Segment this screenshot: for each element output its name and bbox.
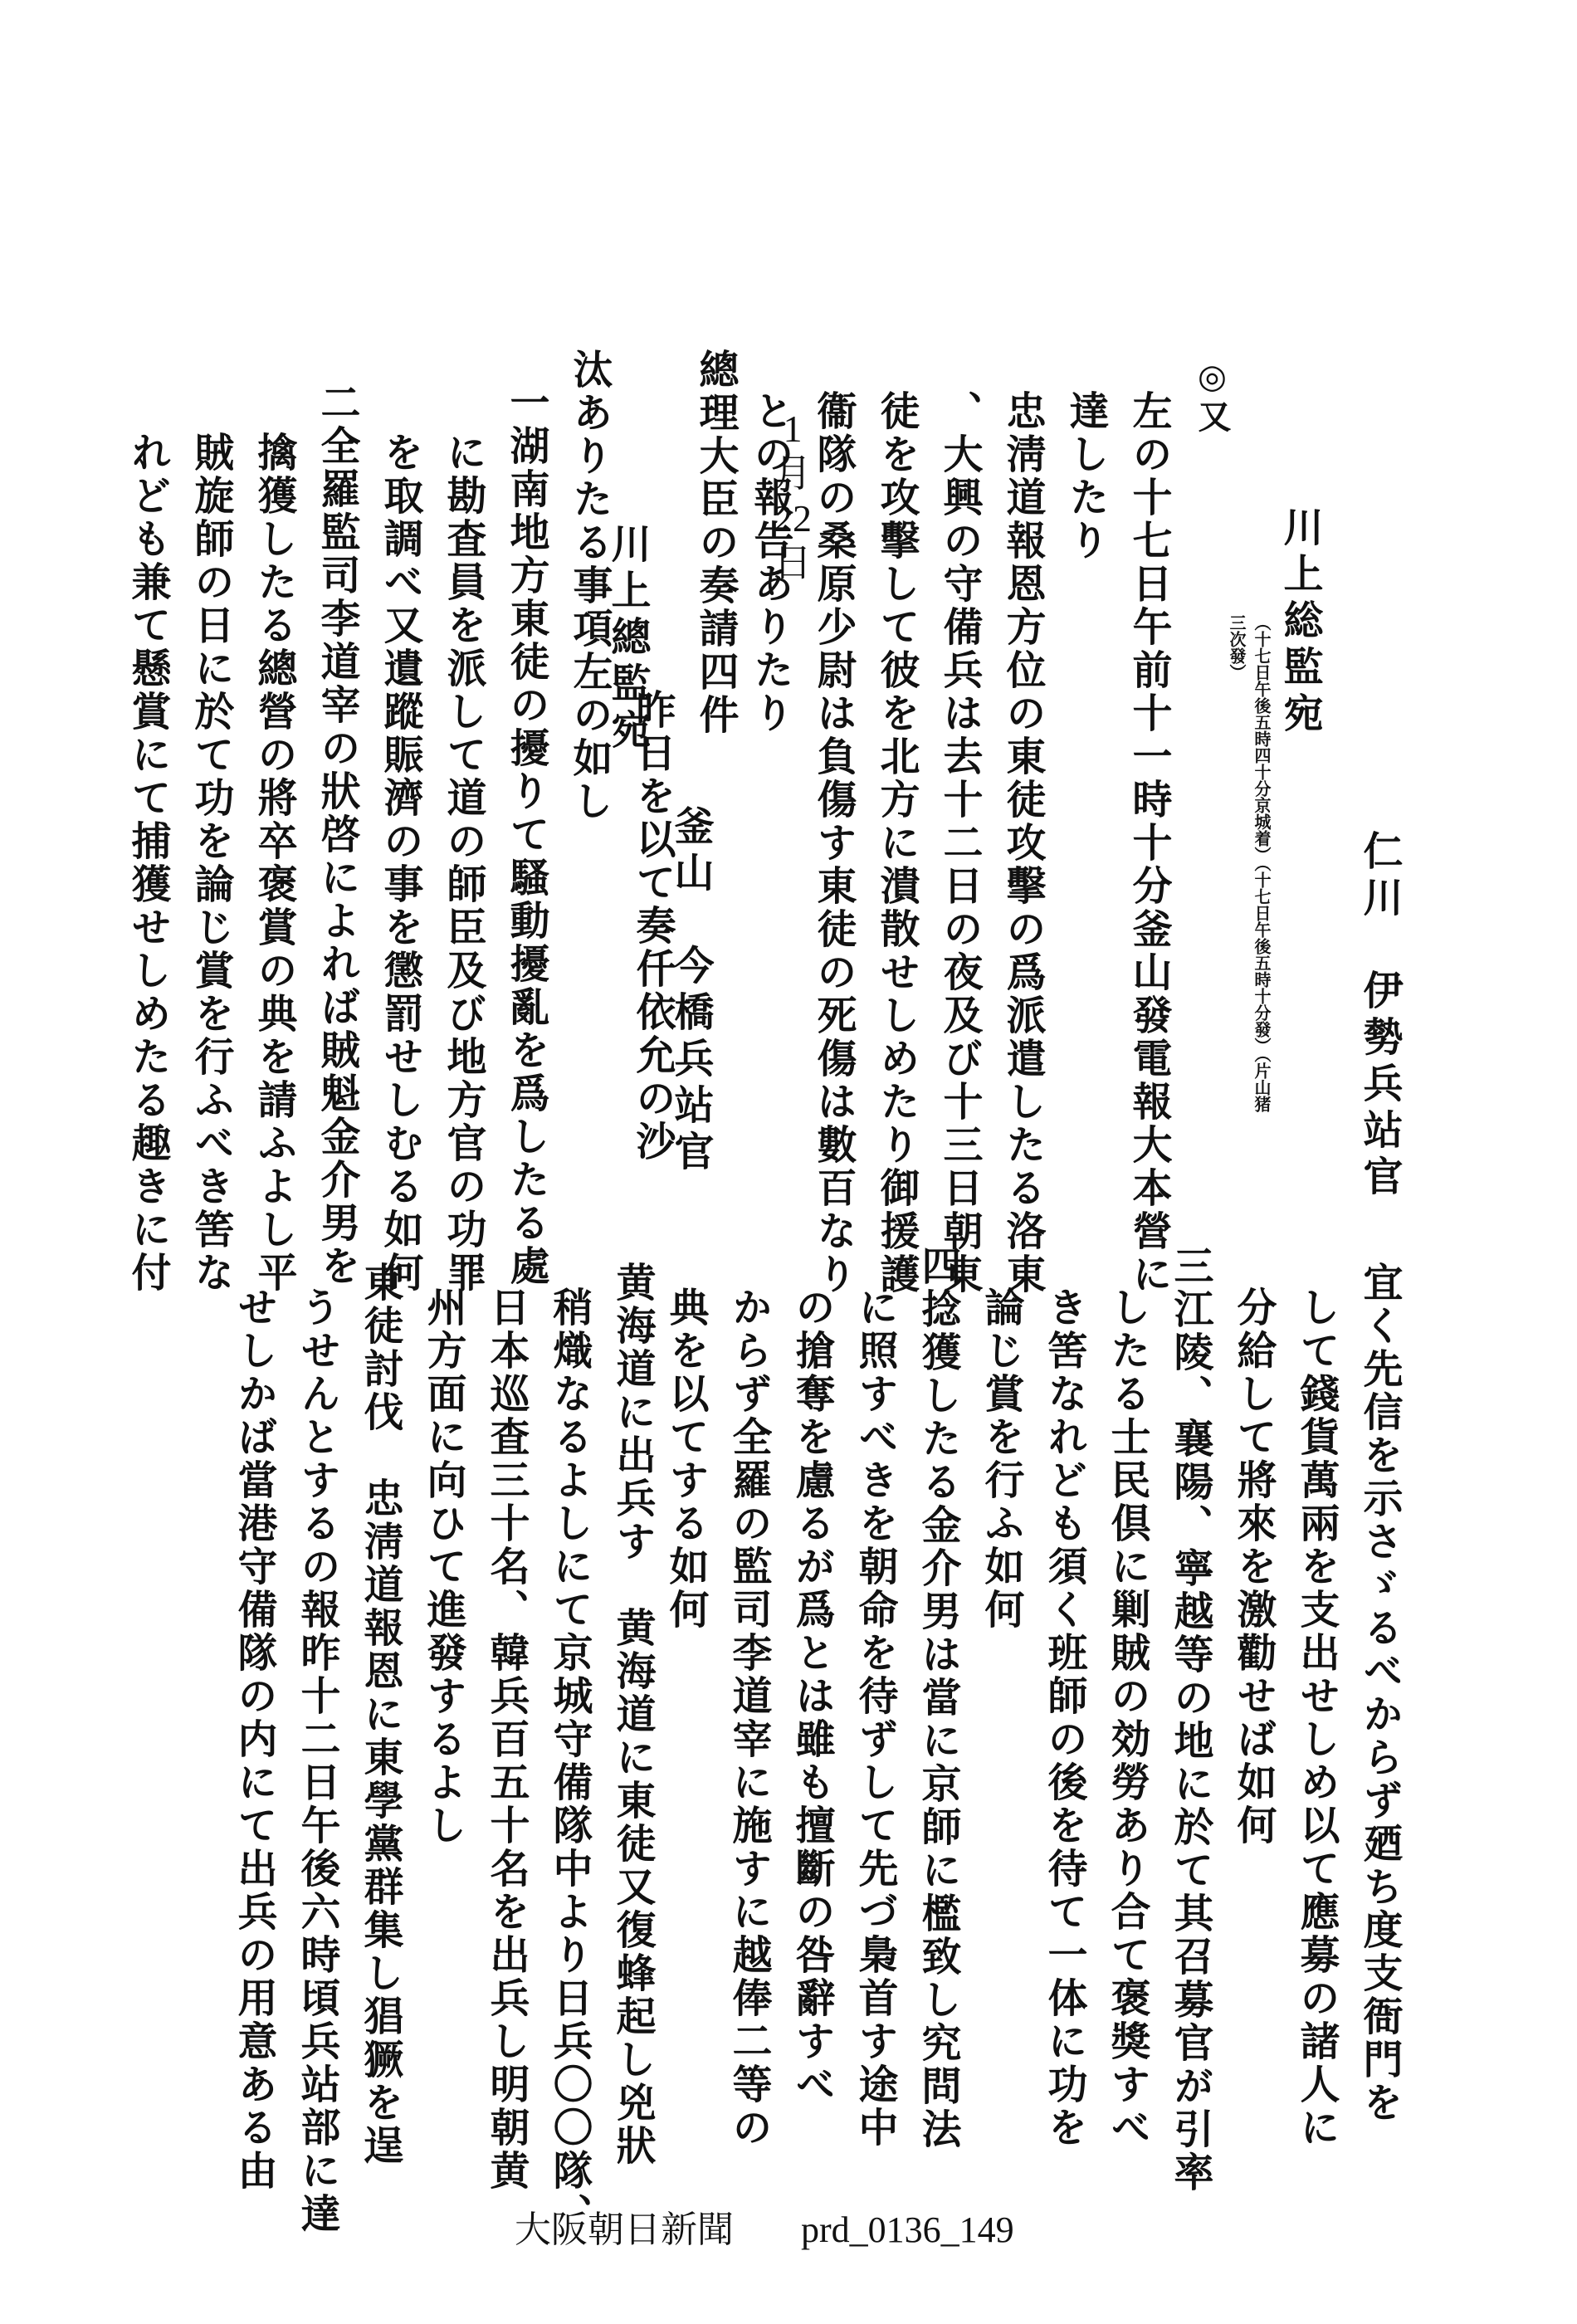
- article-column-4: 、大興の守備兵は去十二日の夜及び十三日朝東: [928, 340, 991, 1129]
- section-yellow-sea-column-3: 日本巡査三十名、韓兵百五十名を出兵し明朝黄: [475, 1245, 538, 2042]
- article-column-3: 分給して將來を激勸せば如何: [1222, 1245, 1285, 2042]
- article-column-5: 徒を攻擊して彼を北方に潰散せしめたり御援護: [865, 340, 928, 1129]
- article-column-6: 二全羅監司李道宰の狀啓によれば賊魁金介男を: [305, 332, 369, 1129]
- article-column-7: 擒獲したる總營の將卒褒賞の典を請ふよし平: [242, 332, 305, 1129]
- page-footer: 大阪朝日新聞 prd_0136_149: [515, 2199, 1014, 2253]
- article-column-4: に勘査員を派して道の師臣及び地方官の功罪: [432, 332, 495, 1129]
- article-column-2: して錢貨萬兩を支出せしめ以て應募の諸人に: [1285, 1245, 1348, 2042]
- article-column-3: 一湖南地方東徒の擾りて騷動擾亂を爲したる處: [495, 332, 558, 1129]
- section-yellow-sea-column-1: 黄海道に出兵す 黄海道に東徒又復蜂起し兇狀: [601, 1245, 664, 2042]
- article-column-10: の搶奪を慮るが爲とは雖も擅斷の咎辭すべ: [780, 1245, 843, 2042]
- article-title: 總理大臣の奏請四件: [684, 332, 747, 1129]
- heading-mark: ◎又: [1180, 340, 1243, 456]
- date-month-unit: 月: [768, 452, 818, 496]
- article-column-2: 汰ありたる事項左の如し: [558, 332, 621, 1129]
- section-tonghak-column-2: うせんとするの報昨十二日午後六時頃兵站部に達: [286, 1245, 349, 2042]
- article-column-11: からず全羅の監司李道宰に施すに越俸二等の: [717, 1245, 780, 2042]
- page-id: prd_0136_149: [801, 2209, 1014, 2250]
- telegram-note: （十七日午後五時四十分京城着）（十七日午後五時十分發）（片山猪三次發）: [1224, 614, 1274, 1112]
- article-column-5: を取調べ又遺蹤賑濟の事を懲罰せしむる如何: [369, 332, 432, 1129]
- article-column-1: 昨日を以て奏仟依允の沙: [621, 332, 684, 1129]
- section-yellow-sea-column-2: 稍熾なるよしにて京城守備隊中より日兵〇〇隊、: [538, 1245, 601, 2042]
- date-label: 1 月 22 日: [768, 407, 818, 586]
- section-tonghak-column-3: せしかば當港守備隊の内にて出兵の用意ある由: [222, 1245, 286, 2042]
- article-column-8: 賊旋師の日に於て功を論じ賞を行ふべき筈な: [179, 332, 242, 1129]
- article-column-8: 四捻獲したる金介男は當に京師に檻致し究問法: [906, 1245, 969, 2042]
- recipient-kawakami: 川上総監宛: [1268, 340, 1331, 1129]
- article-column-3: 忠淸道報恩方位の東徒攻擊の爲派遣したる洛東: [991, 340, 1054, 1129]
- newspaper-name: 大阪朝日新聞: [515, 2209, 734, 2250]
- article-column-4: 三江陵、襄陽、寧越等の地に於て其召募官が引率: [1159, 1245, 1222, 2042]
- article-column-1: 宜く先信を示さゞるべからず廼ち度支衙門を: [1348, 1245, 1411, 2042]
- section-tonghak-column-1: 東徒討伐 忠淸道報恩に東學黨群集し猖獗を逞: [349, 1245, 412, 2042]
- spacer: [1331, 340, 1348, 1129]
- article-column-6: き筈なれども須く班師の後を待て一体に功を: [1033, 1245, 1096, 2042]
- date-day-unit: 日: [768, 541, 818, 586]
- date-day: 22: [768, 496, 818, 541]
- date-month: 1: [768, 407, 818, 452]
- bottom-right-article: 宜く先信を示さゞるべからず廼ち度支衙門を して錢貨萬兩を支出せしめ以て應募の諸人…: [654, 1245, 1411, 2042]
- article-column-9: れども兼て懸賞にて捕獲せしめたる趣きに付: [116, 332, 179, 1129]
- sender-incheon: 仁川 伊勢兵站官: [1348, 340, 1411, 1129]
- article-column-9: に照すべきを朝命を待ずして先づ梟首す途中: [843, 1245, 906, 2042]
- article-column-5: したる士民倶に剿賊の効勞あり合て褒獎すべ: [1096, 1245, 1159, 2042]
- article-column-7: 論じ賞を行ふ如何: [969, 1245, 1033, 2042]
- article-column-2: 達したり: [1054, 340, 1117, 1129]
- bottom-left-article: 黄海道に出兵す 黄海道に東徒又復蜂起し兇狀 稍熾なるよしにて京城守備隊中より日兵…: [222, 1245, 664, 2042]
- top-left-article: 總理大臣の奏請四件 昨日を以て奏仟依允の沙 汰ありたる事項左の如し 一湖南地方東…: [116, 332, 747, 1129]
- article-column-1: 左の十七日午前十一時十分釜山發電報大本營に: [1117, 340, 1180, 1129]
- section-yellow-sea-column-4: 州方面に向ひて進發するよし: [412, 1245, 475, 2042]
